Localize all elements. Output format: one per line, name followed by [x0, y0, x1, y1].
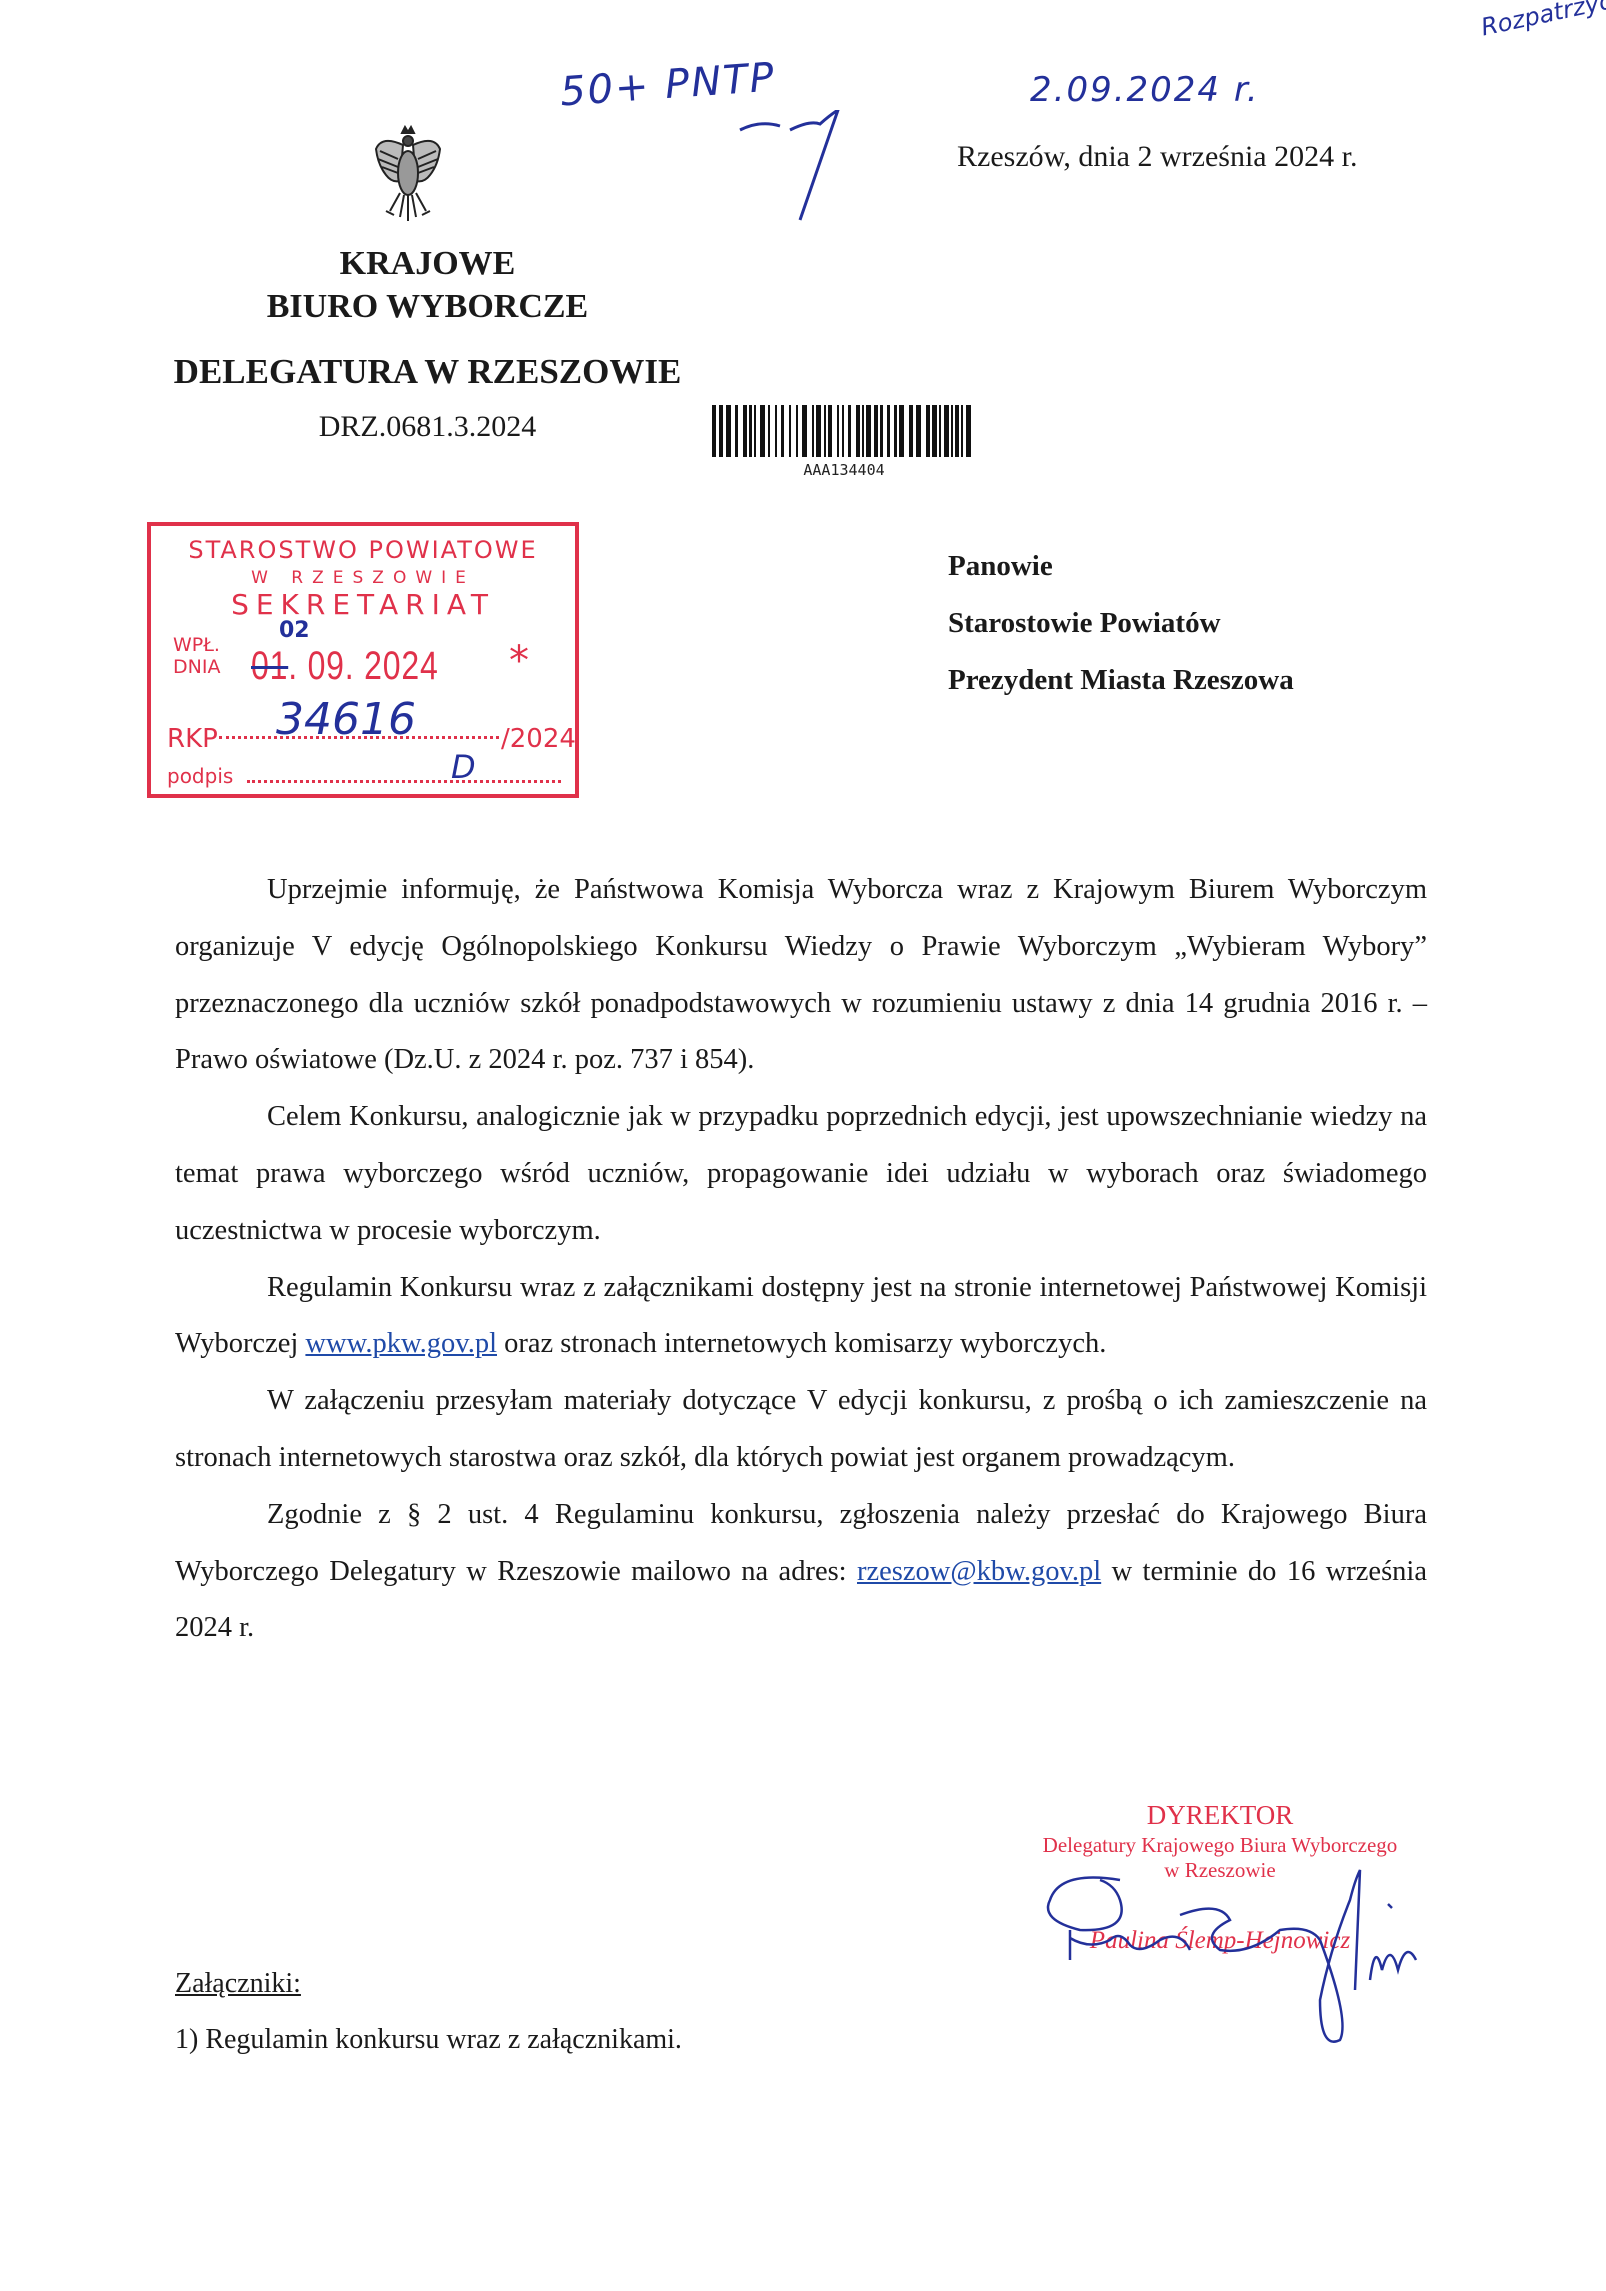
attachment-item: 1) Regulamin konkursu wraz z załącznikam… — [175, 2024, 682, 2056]
stamp-corrected-day: 02 — [279, 618, 310, 643]
registry-stamp: STAROSTWO POWIATOWE W RZESZOWIE SEKRETAR… — [147, 522, 579, 798]
handwritten-stroke-icon — [720, 110, 900, 230]
barcode-bar — [828, 405, 832, 457]
barcode-bar — [775, 405, 777, 457]
barcode-bar — [926, 405, 930, 457]
addressee-line1: Panowie — [948, 550, 1053, 583]
delegation-name: DELEGATURA W RZESZOWIE — [0, 352, 855, 392]
barcode-bar — [932, 405, 937, 457]
barcode-bar — [866, 405, 871, 457]
barcode-bar — [719, 405, 723, 457]
barcode-number: AAA134404 — [712, 461, 976, 479]
barcode-bar — [837, 405, 839, 457]
org-name-line2: BIURO WYBORCZE — [0, 288, 855, 326]
letter-body: Uprzejmie informuję, że Państwowa Komisj… — [175, 862, 1427, 1657]
stamp-line3: SEKRETARIAT — [151, 588, 575, 621]
barcode-bar — [768, 405, 770, 457]
barcode-bar — [874, 405, 878, 457]
barcode-bar — [812, 405, 814, 457]
barcode-bar — [789, 405, 791, 457]
barcode-bar — [842, 405, 844, 457]
stamp-date-rest: . 09. 2024 — [288, 644, 438, 688]
signature-title: DYREKTOR — [1000, 1800, 1440, 1831]
stamp-original-day: 01 — [251, 644, 288, 688]
barcode-bar — [887, 405, 891, 457]
barcode-bar — [961, 405, 963, 457]
stamp-signature-mark: D — [451, 748, 476, 786]
barcode-bar — [824, 405, 826, 457]
stamp-rkp-number: 34616 — [276, 694, 416, 745]
barcode-bar — [712, 405, 716, 457]
handwritten-corner-note: Rozpatrzyć — [1479, 0, 1606, 42]
barcode-bar — [862, 405, 864, 457]
barcode-bar — [726, 405, 731, 457]
paragraph-4: W załączeniu przesyłam materiały dotyczą… — [175, 1373, 1427, 1487]
barcode — [712, 405, 976, 457]
barcode-bar — [955, 405, 959, 457]
paragraph-3-text-end: oraz stronach internetowych komisarzy wy… — [497, 1328, 1106, 1359]
stamp-line2: W RZESZOWIE — [151, 568, 575, 588]
handwritten-note: 50+ PNTP — [559, 55, 777, 116]
barcode-bar — [880, 405, 884, 457]
signature-line2: Delegatury Krajowego Biura Wyborczego — [1000, 1833, 1440, 1858]
stamp-rkp-year: /2024 — [501, 724, 576, 754]
barcode-bar — [796, 405, 798, 457]
stamp-star: * — [509, 638, 529, 684]
barcode-bar — [754, 405, 756, 457]
barcode-bar — [939, 405, 941, 457]
org-name-line1: KRAJOWE — [0, 245, 855, 283]
barcode-bar — [749, 405, 753, 457]
stamp-line1: STAROSTWO POWIATOWE — [151, 536, 575, 564]
barcode-bar — [781, 405, 785, 457]
barcode-bar — [735, 405, 739, 457]
attachments-title: Załączniki: — [175, 1968, 301, 2000]
stamp-received-date: 01. 09. 2024 — [251, 644, 439, 689]
barcode-bar — [894, 405, 898, 457]
handwritten-signature-icon — [1020, 1860, 1500, 2050]
barcode-bar — [760, 405, 765, 457]
barcode-bar — [848, 405, 852, 457]
barcode-bar — [951, 405, 953, 457]
email-link[interactable]: rzeszow@kbw.gov.pl — [857, 1556, 1101, 1587]
barcode-bar — [916, 405, 921, 457]
barcode-bar — [743, 405, 747, 457]
paragraph-2: Celem Konkursu, analogicznie jak w przyp… — [175, 1089, 1427, 1259]
handwritten-date: 2.09.2024 r. — [1030, 70, 1260, 110]
stamp-signature-label: podpis — [167, 764, 233, 788]
barcode-bar — [816, 405, 821, 457]
pkw-website-link[interactable]: www.pkw.gov.pl — [305, 1328, 497, 1359]
barcode-bar — [944, 405, 949, 457]
barcode-bar — [899, 405, 904, 457]
barcode-bar — [966, 405, 971, 457]
paragraph-1: Uprzejmie informuję, że Państwowa Komisj… — [175, 862, 1427, 1089]
addressee-line3: Prezydent Miasta Rzeszowa — [948, 664, 1294, 697]
paragraph-5: Zgodnie z § 2 ust. 4 Regulaminu konkursu… — [175, 1487, 1427, 1657]
barcode-bar — [909, 405, 913, 457]
place-and-date: Rzeszów, dnia 2 września 2024 r. — [957, 140, 1357, 174]
stamp-received-label: WPŁ. DNIA — [173, 634, 233, 678]
polish-eagle-emblem-icon — [372, 125, 444, 225]
stamp-signature-dots — [247, 780, 561, 783]
barcode-bar — [856, 405, 860, 457]
paragraph-3: Regulamin Konkursu wraz z załącznikami d… — [175, 1260, 1427, 1374]
addressee-line2: Starostowie Powiatów — [948, 607, 1221, 640]
barcode-bar — [802, 405, 807, 457]
stamp-rkp-label: RKP — [167, 724, 218, 754]
